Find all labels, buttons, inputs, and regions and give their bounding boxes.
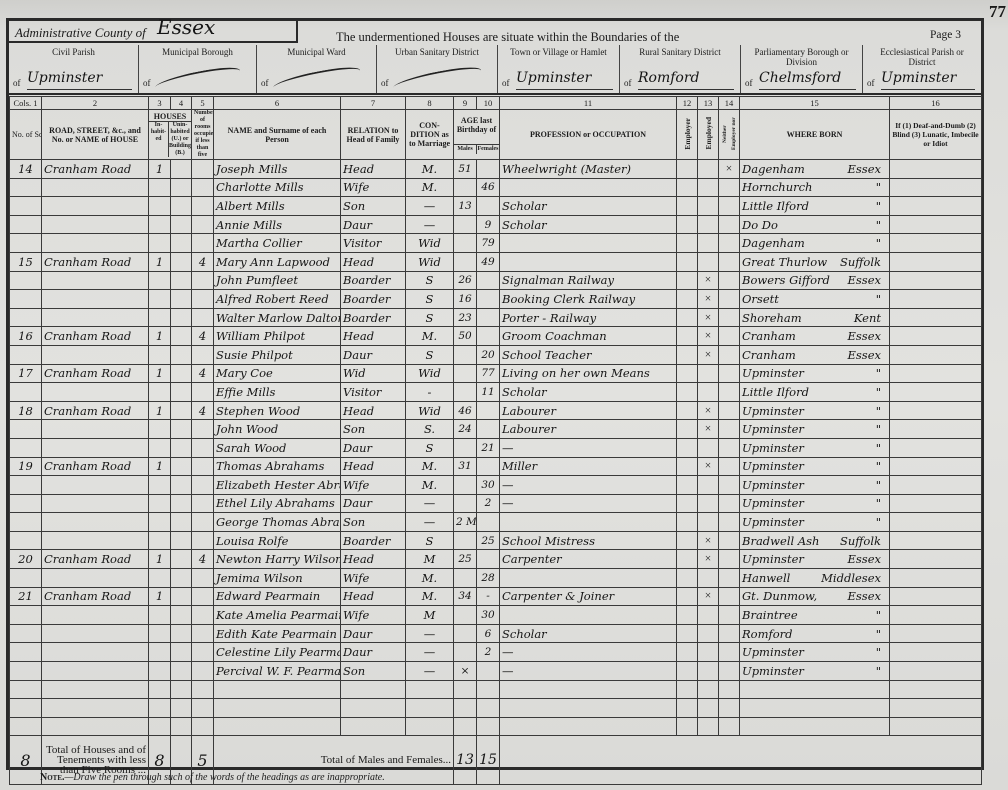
table-row: 17Cranham Road14Mary CoeWidWid77Living o…	[10, 364, 982, 383]
male-age	[454, 438, 477, 457]
neither-mark	[719, 513, 740, 532]
born-place: Cranham	[742, 329, 796, 343]
male-age	[454, 364, 477, 383]
table-row: Alfred Robert ReedBoarderS16Booking Cler…	[10, 290, 982, 309]
boundary-urban-sanitary-district: Urban Sanitary Districtof	[377, 45, 498, 93]
infirmity	[890, 624, 982, 643]
col-num: 5	[192, 97, 214, 110]
uninhabited-count	[171, 531, 192, 550]
rooms-count	[192, 271, 214, 290]
road-name	[42, 308, 149, 327]
uninhabited-count	[171, 569, 192, 588]
marital-condition: S	[406, 438, 454, 457]
relation	[341, 699, 406, 718]
marital-condition: Wid	[406, 252, 454, 271]
uninhabited-count	[171, 513, 192, 532]
female-age	[477, 680, 500, 699]
occupation: Scholar	[500, 197, 677, 216]
occupation	[500, 569, 677, 588]
administrative-county: Administrative County of Essex	[9, 21, 298, 43]
born-place: Upminster	[742, 515, 804, 529]
infirmity	[890, 531, 982, 550]
neither-mark	[719, 531, 740, 550]
rooms-count: 4	[192, 252, 214, 271]
schedule-number: 14	[10, 160, 42, 179]
female-age	[477, 197, 500, 216]
female-age: -	[477, 587, 500, 606]
rooms-count: 4	[192, 550, 214, 569]
born-place: Little Ilford	[742, 385, 809, 399]
col-num: 11	[500, 97, 677, 110]
employed-mark	[698, 717, 719, 736]
relation: Visitor	[341, 383, 406, 402]
inhabited-count	[149, 345, 171, 364]
table-row: Charlotte MillsWifeM.46Hornchurch"	[10, 178, 982, 197]
inhabited-count	[149, 271, 171, 290]
marital-condition: S.	[406, 420, 454, 439]
marital-condition: —	[406, 494, 454, 513]
occupation: Labourer	[500, 420, 677, 439]
relation: Head	[341, 587, 406, 606]
road-name	[42, 197, 149, 216]
marital-condition: —	[406, 662, 454, 681]
neither-mark	[719, 717, 740, 736]
infirmity	[890, 550, 982, 569]
uninhabited-count	[171, 606, 192, 625]
employed-mark	[698, 364, 719, 383]
road-name	[42, 680, 149, 699]
where-born: Upminster"	[740, 476, 890, 495]
uninhabited-count	[171, 680, 192, 699]
relation	[341, 680, 406, 699]
female-age: 79	[477, 234, 500, 253]
neither-mark	[719, 290, 740, 309]
occupation: Wheelwright (Master)	[500, 160, 677, 179]
inhabited-count: 1	[149, 160, 171, 179]
marital-condition	[406, 717, 454, 736]
neither-mark	[719, 197, 740, 216]
struck-through-flourish	[390, 63, 484, 95]
employed-mark	[698, 383, 719, 402]
table-row: Susie PhilpotDaurS20School Teacher×Cranh…	[10, 345, 982, 364]
inhabited-count: 1	[149, 327, 171, 346]
occupation: Scholar	[500, 383, 677, 402]
inhabited-count	[149, 234, 171, 253]
where-born	[740, 717, 890, 736]
female-age: 11	[477, 383, 500, 402]
census-table: Cols. 1 2 3 4 5 6 7 8 9 10 11 12 13 14 1…	[9, 96, 982, 785]
table-row: Louisa RolfeBoarderS25School Mistress×Br…	[10, 531, 982, 550]
employer-mark	[677, 606, 698, 625]
schedule-number: 21	[10, 587, 42, 606]
neither-mark	[719, 438, 740, 457]
table-row: Celestine Lily PearmainDaur—2—Upminster"	[10, 643, 982, 662]
col-num: 6	[214, 97, 341, 110]
neither-mark	[719, 383, 740, 402]
marital-condition: Wid	[406, 234, 454, 253]
relation: Head	[341, 457, 406, 476]
male-age	[454, 234, 477, 253]
born-county: Kent	[854, 311, 887, 325]
where-born	[740, 699, 890, 718]
born-place: Upminster	[742, 422, 804, 436]
where-born: Upminster"	[740, 364, 890, 383]
uninhabited-count	[171, 476, 192, 495]
schedule-number	[10, 345, 42, 364]
born-county: "	[876, 515, 887, 529]
boundary-label: Parliamentary Borough or Division	[741, 47, 862, 67]
rooms-count	[192, 494, 214, 513]
marital-condition: M.	[406, 457, 454, 476]
marital-condition: M.	[406, 476, 454, 495]
of-label: of	[261, 78, 269, 88]
where-born-heading: WHERE BORN	[740, 110, 890, 160]
person-name: Albert Mills	[214, 197, 341, 216]
boundary-value: Romford	[638, 67, 734, 90]
female-age	[477, 550, 500, 569]
where-born: Upminster"	[740, 420, 890, 439]
road-name	[42, 271, 149, 290]
inhabited-count	[149, 290, 171, 309]
col-num: 3	[149, 97, 171, 110]
relation: Wife	[341, 606, 406, 625]
where-born: Upminster"	[740, 494, 890, 513]
col-num: 15	[740, 97, 890, 110]
male-age: 31	[454, 457, 477, 476]
inhabited-count	[149, 438, 171, 457]
marital-condition: —	[406, 215, 454, 234]
born-county: "	[876, 608, 887, 622]
schedule-number	[10, 383, 42, 402]
female-age: 30	[477, 476, 500, 495]
rooms-count	[192, 513, 214, 532]
female-age: 46	[477, 178, 500, 197]
male-age: 34	[454, 587, 477, 606]
road-name	[42, 569, 149, 588]
male-age	[454, 606, 477, 625]
born-county: "	[876, 404, 887, 418]
marital-condition: M	[406, 606, 454, 625]
person-name: Annie Mills	[214, 215, 341, 234]
inhabited-count: 1	[149, 364, 171, 383]
marital-condition: —	[406, 197, 454, 216]
inhabited-heading: In-habit-ed	[149, 122, 169, 157]
table-row: 20Cranham Road14Newton Harry WilsonHeadM…	[10, 550, 982, 569]
person-name: Walter Marlow Dalton	[214, 308, 341, 327]
page-label: Page 3	[930, 29, 961, 41]
employed-mark: ×	[698, 531, 719, 550]
relation: Wife	[341, 569, 406, 588]
born-county: "	[876, 459, 887, 473]
table-row: George Thomas AbrahamsSon—2 MoUpminster"	[10, 513, 982, 532]
rooms-count	[192, 624, 214, 643]
infirmity	[890, 513, 982, 532]
boundary-label: Urban Sanitary District	[377, 47, 497, 57]
schedule-number	[10, 308, 42, 327]
uninhabited-count	[171, 290, 192, 309]
of-label: of	[13, 78, 21, 88]
occupation	[500, 178, 677, 197]
rooms-count	[192, 569, 214, 588]
males-heading: Males	[454, 145, 477, 154]
employer-mark	[677, 290, 698, 309]
born-place: Upminster	[742, 478, 804, 492]
of-label: of	[502, 78, 510, 88]
table-row: John PumfleetBoarderS26Signalman Railway…	[10, 271, 982, 290]
born-county: Essex	[848, 273, 888, 287]
occupation	[500, 606, 677, 625]
neither-mark	[719, 550, 740, 569]
born-place: Great Thurlow	[742, 255, 827, 269]
male-age	[454, 717, 477, 736]
marital-condition	[406, 699, 454, 718]
employer-mark	[677, 531, 698, 550]
of-label: of	[143, 78, 151, 88]
born-place: Upminster	[742, 459, 804, 473]
employed-mark	[698, 215, 719, 234]
uninhabited-heading: Unin-habited (U.) or Building (B.)	[169, 122, 191, 157]
inhabited-count	[149, 420, 171, 439]
road-name	[42, 717, 149, 736]
relation: Head	[341, 401, 406, 420]
where-born: HanwellMiddlesex	[740, 569, 890, 588]
born-place: Upminster	[742, 366, 804, 380]
where-born: Upminster"	[740, 662, 890, 681]
employed-mark	[698, 160, 719, 179]
male-age	[454, 680, 477, 699]
relation: Daur	[341, 345, 406, 364]
age-label: AGE last Birthday of	[454, 116, 499, 144]
employed-mark	[698, 680, 719, 699]
relation: Head	[341, 550, 406, 569]
born-place: Romford	[742, 627, 793, 641]
where-born: Upminster"	[740, 643, 890, 662]
road-name: Cranham Road	[42, 160, 149, 179]
employed-mark: ×	[698, 327, 719, 346]
infirmity	[890, 476, 982, 495]
relation: Wife	[341, 476, 406, 495]
occupation: Signalman Railway	[500, 271, 677, 290]
neither-mark	[719, 327, 740, 346]
road-name	[42, 420, 149, 439]
born-place: Orsett	[742, 292, 779, 306]
uninhabited-count	[171, 699, 192, 718]
table-row	[10, 699, 982, 718]
inhabited-count	[149, 699, 171, 718]
schedule-number	[10, 513, 42, 532]
employer-mark	[677, 401, 698, 420]
employed-mark	[698, 178, 719, 197]
where-born: Great ThurlowSuffolk	[740, 252, 890, 271]
road-name: Cranham Road	[42, 587, 149, 606]
folio-stamp: 77	[989, 2, 1006, 22]
neither-mark	[719, 178, 740, 197]
neither-mark	[719, 494, 740, 513]
relation-heading: RELATION to Head of Family	[341, 110, 406, 160]
relation: Son	[341, 197, 406, 216]
where-born: ShorehamKent	[740, 308, 890, 327]
boundary-label: Municipal Ward	[257, 47, 376, 57]
inhabited-count	[149, 717, 171, 736]
road-name	[42, 234, 149, 253]
rooms-count	[192, 662, 214, 681]
neither-mark	[719, 457, 740, 476]
infirmity	[890, 364, 982, 383]
infirmity	[890, 494, 982, 513]
occupation: Carpenter	[500, 550, 677, 569]
occupation-heading: PROFESSION or OCCUPATION	[500, 110, 677, 160]
infirmity	[890, 420, 982, 439]
boundary-municipal-ward: Municipal Wardof	[257, 45, 377, 93]
employer-mark	[677, 624, 698, 643]
occupation: Groom Coachman	[500, 327, 677, 346]
road-name	[42, 383, 149, 402]
road-name	[42, 290, 149, 309]
infirmity	[890, 383, 982, 402]
marital-condition: Wid	[406, 364, 454, 383]
neither-mark	[719, 364, 740, 383]
employed-mark: ×	[698, 401, 719, 420]
infirmity	[890, 662, 982, 681]
uninhabited-count	[171, 234, 192, 253]
rooms-count	[192, 643, 214, 662]
marital-condition: S	[406, 345, 454, 364]
occupation	[500, 513, 677, 532]
male-age: 23	[454, 308, 477, 327]
infirmity	[890, 401, 982, 420]
marital-condition: —	[406, 624, 454, 643]
rooms-count	[192, 345, 214, 364]
infirmity	[890, 234, 982, 253]
road-name: Cranham Road	[42, 550, 149, 569]
born-place: Shoreham	[742, 311, 802, 325]
infirmity	[890, 587, 982, 606]
occupation: —	[500, 643, 677, 662]
employer-mark	[677, 215, 698, 234]
where-born: Bowers GiffordEssex	[740, 271, 890, 290]
person-name: Sarah Wood	[214, 438, 341, 457]
relation: Boarder	[341, 308, 406, 327]
male-age: 13	[454, 197, 477, 216]
uninhabited-count	[171, 271, 192, 290]
road-name: Cranham Road	[42, 401, 149, 420]
employer-mark	[677, 252, 698, 271]
infirmity	[890, 606, 982, 625]
employed-mark	[698, 643, 719, 662]
road-name	[42, 345, 149, 364]
person-name: George Thomas Abrahams	[214, 513, 341, 532]
road-name	[42, 643, 149, 662]
road-name	[42, 699, 149, 718]
female-age	[477, 699, 500, 718]
relation: Son	[341, 662, 406, 681]
employed-heading: Employed	[698, 110, 719, 160]
person-name: Edward Pearmain	[214, 587, 341, 606]
total-females: 15	[477, 736, 500, 785]
employer-mark	[677, 643, 698, 662]
where-born: Upminster"	[740, 457, 890, 476]
inhabited-count	[149, 215, 171, 234]
born-county: Essex	[848, 589, 888, 603]
neither-mark	[719, 699, 740, 718]
employed-mark: ×	[698, 290, 719, 309]
inhabited-count	[149, 197, 171, 216]
born-place: Upminster	[742, 441, 804, 455]
rooms-count	[192, 699, 214, 718]
employer-heading: Employer	[677, 110, 698, 160]
col-num: 7	[341, 97, 406, 110]
infirmity	[890, 717, 982, 736]
marital-condition: S	[406, 290, 454, 309]
uninhabited-count	[171, 401, 192, 420]
born-county: "	[876, 422, 887, 436]
relation: Daur	[341, 624, 406, 643]
boundary-value: Upminster	[516, 67, 613, 90]
neither-mark	[719, 624, 740, 643]
born-county: "	[876, 199, 887, 213]
occupation: —	[500, 494, 677, 513]
female-age: 77	[477, 364, 500, 383]
person-name: Mary Coe	[214, 364, 341, 383]
inhabited-count	[149, 606, 171, 625]
road-name	[42, 606, 149, 625]
person-name: Susie Philpot	[214, 345, 341, 364]
where-born: CranhamEssex	[740, 345, 890, 364]
schedule-number	[10, 476, 42, 495]
inhabited-count	[149, 513, 171, 532]
neither-mark	[719, 234, 740, 253]
rooms-count	[192, 234, 214, 253]
where-born: Gt. Dunmow,Essex	[740, 587, 890, 606]
uninhabited-count	[171, 494, 192, 513]
born-place: Gt. Dunmow,	[742, 589, 817, 603]
male-age	[454, 383, 477, 402]
female-age	[477, 662, 500, 681]
marital-condition: S	[406, 308, 454, 327]
marital-condition: S	[406, 531, 454, 550]
marital-condition: M.	[406, 178, 454, 197]
person-name: Celestine Lily Pearmain	[214, 643, 341, 662]
employed-mark	[698, 624, 719, 643]
rooms-count	[192, 587, 214, 606]
female-age: 2	[477, 494, 500, 513]
person-name: William Philpot	[214, 327, 341, 346]
person-name: John Pumfleet	[214, 271, 341, 290]
marital-condition	[406, 680, 454, 699]
road-name	[42, 476, 149, 495]
employed-mark	[698, 438, 719, 457]
relation: Son	[341, 420, 406, 439]
occupation: —	[500, 476, 677, 495]
table-row: 15Cranham Road14Mary Ann LapwoodHeadWid4…	[10, 252, 982, 271]
neither-mark	[719, 345, 740, 364]
inhabited-count: 1	[149, 401, 171, 420]
employer-mark	[677, 364, 698, 383]
neither-mark	[719, 420, 740, 439]
uninhabited-count	[171, 215, 192, 234]
rooms-count	[192, 717, 214, 736]
person-name: Joseph Mills	[214, 160, 341, 179]
rooms-count	[192, 308, 214, 327]
employer-mark	[677, 178, 698, 197]
male-age	[454, 178, 477, 197]
rooms-count	[192, 383, 214, 402]
where-born: Little Ilford"	[740, 197, 890, 216]
rooms-count	[192, 290, 214, 309]
col-num: Cols. 1	[10, 97, 42, 110]
employer-mark	[677, 457, 698, 476]
born-place: Upminster	[742, 664, 804, 678]
